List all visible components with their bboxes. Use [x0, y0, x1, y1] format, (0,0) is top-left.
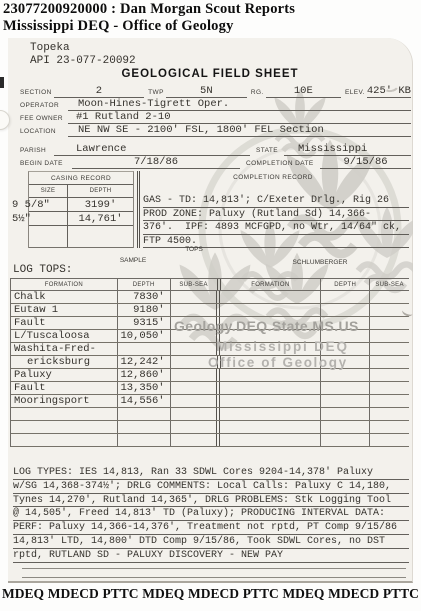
table-row [11, 434, 409, 447]
twp-label: TWP [144, 89, 166, 98]
report-title: 23077200920000 : Dan Morgan Scout Report… [3, 1, 295, 18]
section-value: 2 [54, 85, 144, 98]
api-number: API 23-077-20092 [30, 55, 136, 67]
depth-cell [118, 343, 171, 355]
casing-size-value: 9 5/8" [12, 199, 50, 211]
casing-depth-value: 14,761' [68, 212, 133, 225]
sample-label: SAMPLE [101, 257, 165, 264]
casing-size-value: 5½" [12, 213, 31, 225]
formation-cell: Eutaw 1 [11, 304, 118, 316]
fee-owner-row: FEE OWNER #1 Rutland 2-10 [20, 111, 411, 124]
parish-state-row: PARISH Lawrence STATE Mississippi [20, 143, 411, 156]
footer-token: MDEQ [2, 586, 44, 602]
footer-token: MDECD [48, 586, 99, 602]
casing-header-row: SIZE DEPTH [29, 185, 133, 198]
formation-cell: Fault [11, 317, 118, 329]
twp-value: 5N [166, 85, 247, 98]
completion-date-label: COMPLETION DATE [240, 160, 320, 169]
col-depth: DEPTH [118, 279, 171, 290]
footer-token: PTTC [383, 586, 419, 602]
col-subsea: SUB-SEA [171, 279, 217, 290]
blank-ruled-line [22, 568, 406, 569]
formation-cell: L/Tuscaloosa [11, 330, 118, 342]
log-types-line: PERF: Paluxy 14,366-14,376', Treatment n… [13, 521, 409, 535]
location-row: LOCATION NE NW SE - 2100' FSL, 1800' FEL… [20, 124, 411, 137]
operator-label: OPERATOR [20, 102, 68, 111]
col-formation: FORMATION [11, 279, 118, 290]
tops-label: TOPS [166, 246, 222, 253]
depth-cell: 12,242' [118, 356, 171, 368]
watermark-agency: Mississippi DEQ [216, 339, 349, 354]
table-row: Chalk 7830' [11, 291, 409, 304]
watermark-url: Geology.DEQ.State.MS.US [174, 318, 359, 334]
formation-cell: ericksburg [11, 356, 118, 368]
operator-value: Moon-Hines-Tigrett Oper. [68, 98, 411, 111]
table-row [11, 421, 409, 434]
depth-cell: 14,556' [118, 395, 171, 407]
location-value: NE NW SE - 2100' FSL, 1800' FEL Section [68, 124, 411, 137]
completion-line: GAS - TD: 14,813'; C/Exeter Drlg., Rig 2… [143, 194, 409, 208]
town-name: Topeka [30, 42, 70, 54]
log-types-line: @ 14,505', Freed 14,813' TD (Paluxy); PR… [13, 507, 409, 521]
log-tops-label: LOG TOPS: [13, 264, 72, 276]
completion-date-value: 9/15/86 [320, 156, 411, 169]
rg-value: 10E [266, 85, 341, 98]
sheet-title: GEOLOGICAL FIELD SHEET [8, 68, 412, 80]
table-row: Eutaw 1 9180' [11, 304, 409, 317]
formation-cell: Fault [11, 382, 118, 394]
parish-value: Lawrence [54, 143, 250, 156]
casing-size-header: SIZE [29, 185, 68, 197]
completion-line: PROD ZONE: Paluxy (Rutland Sd) 14,366- [143, 208, 409, 222]
schlumberger-label: SCHLUMBERGER [270, 259, 370, 266]
scan-edge-mark [0, 77, 4, 88]
footer-logos: MDEQ MDECD PTTC MDEQ MDECD PTTC MDEQ MDE… [2, 586, 419, 602]
completion-record-text: GAS - TD: 14,813'; C/Exeter Drlg., Rig 2… [143, 194, 409, 248]
begin-date-label: BEGIN DATE [20, 160, 72, 169]
log-tops-header-row: FORMATION DEPTH SUB-SEA FORMATION DEPTH … [11, 279, 409, 291]
parish-label: PARISH [20, 147, 54, 156]
operator-row: OPERATOR Moon-Hines-Tigrett Oper. [20, 98, 411, 111]
begin-date-value: 7/18/86 [72, 156, 240, 169]
depth-cell: 10,050' [118, 330, 171, 342]
casing-record-table: CASING RECORD SIZE DEPTH 9 5/8" 3199' 5½… [28, 171, 134, 248]
log-types-line: rptd, RUTLAND SD - PALUXY DISCOVERY - NE… [13, 549, 409, 563]
agency-title: Mississippi DEQ - Office of Geology [3, 18, 234, 35]
fee-owner-label: FEE OWNER [20, 115, 68, 124]
section-row: SECTION 2 TWP 5N RG. 10E ELEV. 425' KB [20, 85, 411, 98]
table-row: Mooringsport 14,556' [11, 395, 409, 408]
depth-cell: 9180' [118, 304, 171, 316]
formation-cell: Paluxy [11, 369, 118, 381]
dates-row: BEGIN DATE 7/18/86 COMPLETION DATE 9/15/… [20, 156, 411, 169]
footer-token: MDECD [328, 586, 379, 602]
elev-label: ELEV. [341, 89, 367, 98]
col-subsea-right: SUB-SEA [370, 279, 409, 290]
footer-token: MDEQ [142, 586, 184, 602]
depth-cell: 13,350' [118, 382, 171, 394]
rg-label: RG. [247, 89, 266, 98]
casing-empty-row [29, 226, 133, 248]
footer-token: MDECD [188, 586, 239, 602]
watermark-office: Office of Geology [208, 355, 348, 370]
depth-cell: 7830' [118, 291, 171, 303]
col-depth-right: DEPTH [321, 279, 370, 290]
log-types-line: 14,813' LTD, 14,800' DTD Comp 9/15/86, T… [13, 535, 409, 549]
depth-cell: 12,860' [118, 369, 171, 381]
completion-line: 376'. IPF: 4893 MCFGPD, no Wtr, 14/64" c… [143, 221, 409, 235]
col-formation-right: FORMATION [221, 279, 322, 290]
casing-depth-value: 3199' [68, 198, 133, 211]
table-row: Paluxy 12,860' [11, 369, 409, 382]
formation-cell: Chalk [11, 291, 118, 303]
state-value: Mississippi [284, 143, 411, 156]
blank-ruled-line [22, 577, 406, 578]
casing-row: 5½" 14,761' [29, 212, 133, 226]
log-types-line: w/SG 14,368-374½'; DRLG COMMENTS: Local … [13, 480, 409, 494]
log-types-line: Tynes 14,270', Rutland 14,365', DRLG PRO… [13, 494, 409, 508]
footer-token: MDEQ [282, 586, 324, 602]
depth-cell: 9315' [118, 317, 171, 329]
casing-row: 9 5/8" 3199' [29, 198, 133, 212]
casing-depth-header: DEPTH [68, 185, 133, 197]
table-row: Fault 13,350' [11, 382, 409, 395]
formation-cell: Mooringsport [11, 395, 118, 407]
section-label: SECTION [20, 89, 54, 98]
log-types-text: LOG TYPES: IES 14,813, Ran 33 SDWL Cores… [13, 466, 409, 563]
footer-token: PTTC [102, 586, 138, 602]
casing-record-title: CASING RECORD [29, 172, 133, 185]
table-row [11, 408, 409, 421]
state-label: STATE [250, 147, 284, 156]
fee-owner-value: #1 Rutland 2-10 [68, 111, 411, 124]
log-types-line: LOG TYPES: IES 14,813, Ran 33 SDWL Cores… [13, 466, 409, 480]
field-sheet-card: Topeka API 23-077-20092 GEOLOGICAL FIELD… [8, 38, 413, 583]
completion-record-title: COMPLETION RECORD [168, 174, 378, 181]
formation-cell: Washita-Fred- [11, 343, 118, 355]
location-label: LOCATION [20, 128, 68, 137]
casing-completion-divider [137, 171, 140, 248]
footer-token: PTTC [243, 586, 279, 602]
